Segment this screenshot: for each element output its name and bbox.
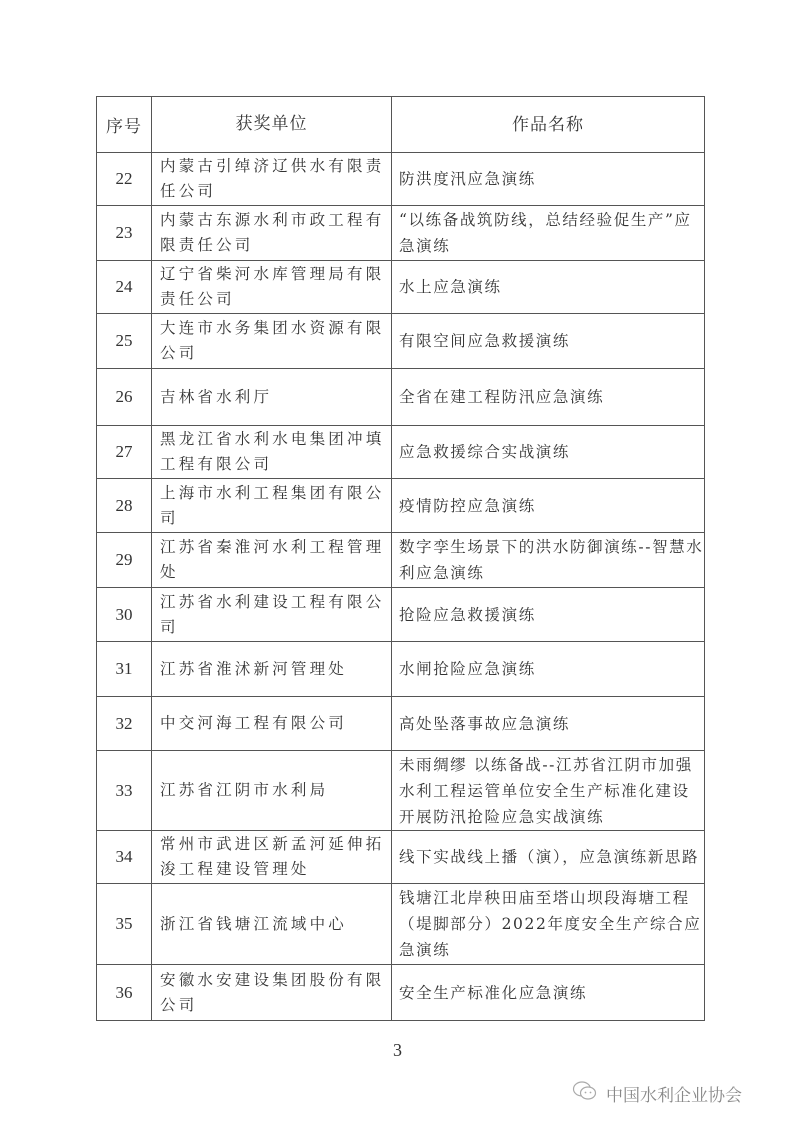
- row-work: 未雨绸缪 以练备战--江苏省江阴市加强水利工程运管单位安全生产标准化建设 开展防…: [392, 751, 705, 831]
- row-work: 高处坠落事故应急演练: [392, 697, 705, 751]
- row-work: 防洪度汛应急演练: [392, 153, 705, 206]
- table-row: 36安徽水安建设集团股份有限公司安全生产标准化应急演练: [97, 965, 705, 1021]
- watermark: 中国水利企业协会: [572, 1080, 742, 1107]
- row-work: 疫情防控应急演练: [392, 479, 705, 533]
- table-row: 22内蒙古引绰济辽供水有限责任公司防洪度汛应急演练: [97, 153, 705, 206]
- row-unit: 江苏省水利建设工程有限公司: [152, 588, 392, 642]
- header-work: 作品名称: [392, 97, 705, 153]
- row-unit: 常州市武进区新孟河延伸拓浚工程建设管理处: [152, 831, 392, 884]
- row-work: 水上应急演练: [392, 261, 705, 314]
- table-row: 24辽宁省柴河水库管理局有限责任公司水上应急演练: [97, 261, 705, 314]
- row-unit: 内蒙古引绰济辽供水有限责任公司: [152, 153, 392, 206]
- row-unit: 大连市水务集团水资源有限公司: [152, 314, 392, 369]
- table-row: 35浙江省钱塘江流域中心钱塘江北岸秧田庙至塔山坝段海塘工程（堤脚部分）2022年…: [97, 884, 705, 965]
- awards-table: 序号 获奖单位 作品名称 22内蒙古引绰济辽供水有限责任公司防洪度汛应急演练23…: [96, 96, 705, 1021]
- row-unit: 上海市水利工程集团有限公司: [152, 479, 392, 533]
- row-work: 应急救援综合实战演练: [392, 426, 705, 479]
- row-number: 28: [97, 479, 152, 533]
- row-number: 23: [97, 206, 152, 261]
- table-row: 23内蒙古东源水利市政工程有限责任公司“以练备战筑防线，总结经验促生产”应急演练: [97, 206, 705, 261]
- header-number: 序号: [97, 97, 152, 153]
- row-work: 抢险应急救援演练: [392, 588, 705, 642]
- row-work: “以练备战筑防线，总结经验促生产”应急演练: [392, 206, 705, 261]
- row-number: 24: [97, 261, 152, 314]
- table-row: 30江苏省水利建设工程有限公司抢险应急救援演练: [97, 588, 705, 642]
- row-work: 水闸抢险应急演练: [392, 642, 705, 697]
- row-number: 35: [97, 884, 152, 965]
- row-number: 25: [97, 314, 152, 369]
- row-work: 线下实战线上播（演），应急演练新思路: [392, 831, 705, 884]
- row-unit: 吉林省水利厅: [152, 369, 392, 426]
- row-number: 33: [97, 751, 152, 831]
- row-number: 30: [97, 588, 152, 642]
- table-row: 31江苏省淮沭新河管理处水闸抢险应急演练: [97, 642, 705, 697]
- row-work: 安全生产标准化应急演练: [392, 965, 705, 1021]
- row-number: 36: [97, 965, 152, 1021]
- table-row: 33江苏省江阴市水利局未雨绸缪 以练备战--江苏省江阴市加强水利工程运管单位安全…: [97, 751, 705, 831]
- header-unit: 获奖单位: [152, 97, 392, 153]
- row-unit: 辽宁省柴河水库管理局有限责任公司: [152, 261, 392, 314]
- row-work: 数字孪生场景下的洪水防御演练--智慧水利应急演练: [392, 533, 705, 588]
- table-row: 27黑龙江省水利水电集团冲填工程有限公司应急救援综合实战演练: [97, 426, 705, 479]
- row-unit: 江苏省淮沭新河管理处: [152, 642, 392, 697]
- table-row: 26吉林省水利厅全省在建工程防汛应急演练: [97, 369, 705, 426]
- row-unit: 江苏省江阴市水利局: [152, 751, 392, 831]
- row-number: 27: [97, 426, 152, 479]
- row-number: 31: [97, 642, 152, 697]
- wechat-icon: [572, 1080, 598, 1107]
- table-row: 34常州市武进区新孟河延伸拓浚工程建设管理处线下实战线上播（演），应急演练新思路: [97, 831, 705, 884]
- table-row: 28上海市水利工程集团有限公司疫情防控应急演练: [97, 479, 705, 533]
- watermark-text: 中国水利企业协会: [606, 1081, 742, 1106]
- table-row: 25大连市水务集团水资源有限公司有限空间应急救援演练: [97, 314, 705, 369]
- table-header-row: 序号 获奖单位 作品名称: [97, 97, 705, 153]
- row-number: 22: [97, 153, 152, 206]
- row-unit: 黑龙江省水利水电集团冲填工程有限公司: [152, 426, 392, 479]
- row-work: 有限空间应急救援演练: [392, 314, 705, 369]
- page-number: 3: [393, 1040, 402, 1061]
- row-unit: 内蒙古东源水利市政工程有限责任公司: [152, 206, 392, 261]
- row-number: 26: [97, 369, 152, 426]
- row-unit: 浙江省钱塘江流域中心: [152, 884, 392, 965]
- row-work: 全省在建工程防汛应急演练: [392, 369, 705, 426]
- row-work: 钱塘江北岸秧田庙至塔山坝段海塘工程（堤脚部分）2022年度安全生产综合应急演练: [392, 884, 705, 965]
- row-unit: 中交河海工程有限公司: [152, 697, 392, 751]
- row-number: 34: [97, 831, 152, 884]
- row-unit: 江苏省秦淮河水利工程管理处: [152, 533, 392, 588]
- row-number: 32: [97, 697, 152, 751]
- table-row: 29江苏省秦淮河水利工程管理处数字孪生场景下的洪水防御演练--智慧水利应急演练: [97, 533, 705, 588]
- row-number: 29: [97, 533, 152, 588]
- table-row: 32中交河海工程有限公司高处坠落事故应急演练: [97, 697, 705, 751]
- row-unit: 安徽水安建设集团股份有限公司: [152, 965, 392, 1021]
